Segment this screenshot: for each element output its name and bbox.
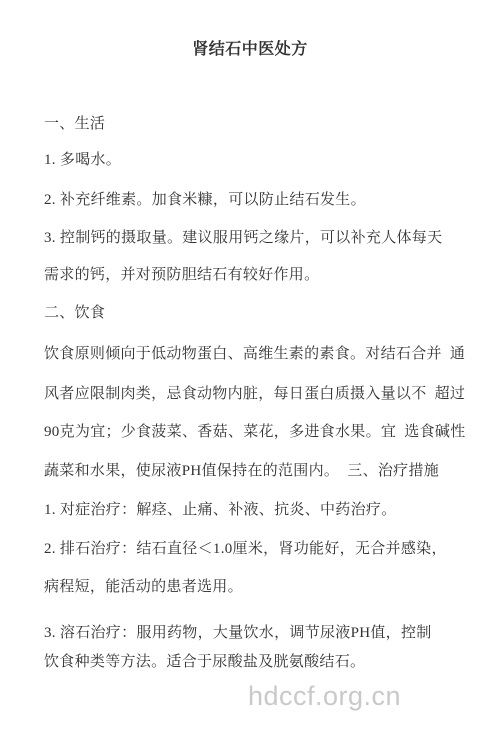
doc-line: 1. 对症治疗：解痉、止痛、补液、抗炎、中药治疗。 xyxy=(44,501,464,520)
doc-line: 饮食种类等方法。适合于尿酸盐及胱氨酸结石。 xyxy=(44,653,464,672)
doc-line: 饮食原则倾向于低动物蛋白、高维生素的素食。对结石合并 通 xyxy=(44,345,464,364)
doc-line: 3. 溶石治疗：服用药物，大量饮水，调节尿液PH值，控制 xyxy=(44,624,464,643)
doc-line: 需求的钙，并对预防胆结石有较好作用。 xyxy=(44,266,464,285)
doc-line: 90克为宜；少食菠菜、香菇、菜花，多进食水果。宜 选食碱性 xyxy=(44,423,464,442)
doc-line-section-1: 一、生活 xyxy=(44,115,464,134)
doc-line: 2. 补充纤维素。加食米糠，可以防止结石发生。 xyxy=(44,191,464,210)
document-page: 肾结石中医处方 一、生活 1. 多喝水。 2. 补充纤维素。加食米糠，可以防止结… xyxy=(0,0,500,730)
doc-line: 2. 排石治疗：结石直径＜1.0厘米，肾功能好，无合并感染， xyxy=(44,540,464,559)
doc-line: 3. 控制钙的摄取量。建议服用钙之缘片，可以补充人体每天 xyxy=(44,229,464,248)
doc-line: 1. 多喝水。 xyxy=(44,151,464,170)
doc-line: 病程短，能活动的患者选用。 xyxy=(44,578,464,597)
doc-line-section-3: 蔬菜和水果，使尿液PH值保持在的范围内。 三、治疗措施 xyxy=(44,462,464,481)
doc-line: 风者应限制肉类，忌食动物内脏，每日蛋白质摄入量以不 超过 xyxy=(44,385,464,404)
document-title: 肾结石中医处方 xyxy=(0,40,500,59)
doc-line-section-2: 二、饮食 xyxy=(44,304,464,323)
site-watermark: hdccf.org.cn xyxy=(248,681,401,712)
